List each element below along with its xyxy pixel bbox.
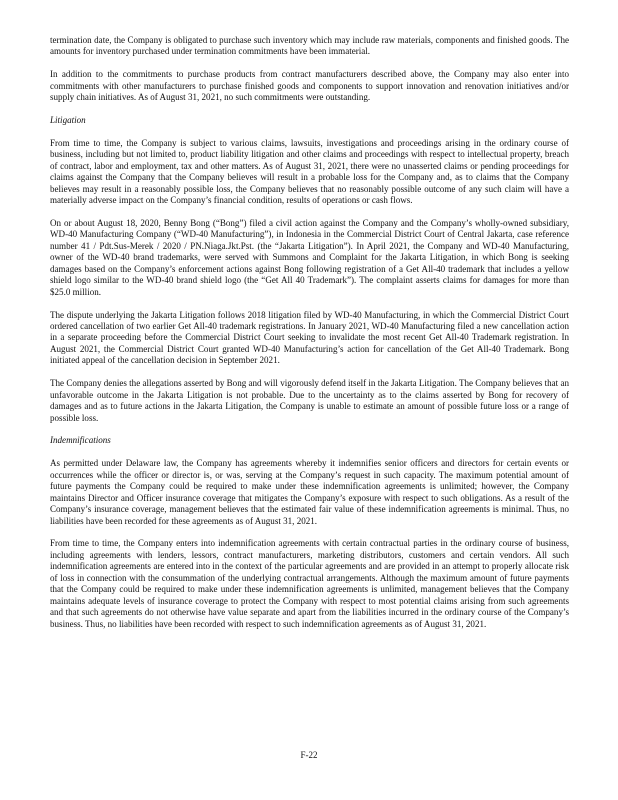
section-heading-indemnifications: Indemnifications — [50, 435, 569, 446]
paragraph-officer-indemnification: As permitted under Delaware law, the Com… — [50, 458, 569, 527]
paragraph-jakarta-litigation: On or about August 18, 2020, Benny Bong … — [50, 218, 569, 298]
paragraph-other-commitments: In addition to the commitments to purcha… — [50, 69, 569, 103]
paragraph-company-denial: The Company denies the allegations asser… — [50, 378, 569, 424]
paragraph-dispute-background: The dispute underlying the Jakarta Litig… — [50, 310, 569, 367]
page-number: F-22 — [0, 750, 618, 760]
section-heading-litigation: Litigation — [50, 115, 569, 126]
paragraph-termination-commitments: termination date, the Company is obligat… — [50, 35, 569, 58]
document-body: termination date, the Company is obligat… — [50, 35, 569, 641]
paragraph-litigation-general: From time to time, the Company is subjec… — [50, 138, 569, 207]
paragraph-contractual-indemnification: From time to time, the Company enters in… — [50, 538, 569, 630]
